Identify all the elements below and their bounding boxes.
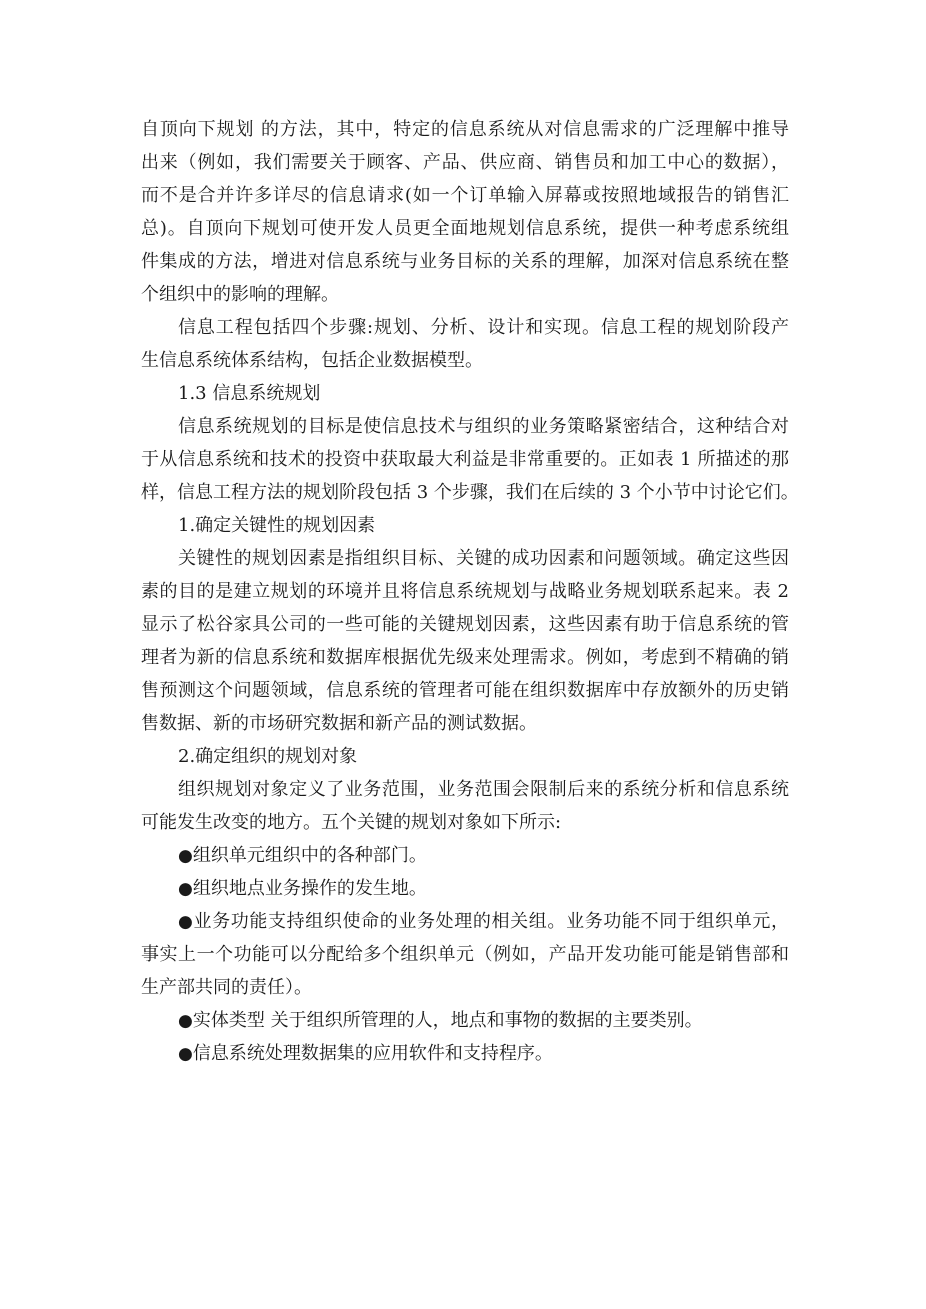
bullet-item: ●组织地点业务操作的发生地。 bbox=[141, 872, 789, 905]
text-line: 个组织中的影响的理解。 bbox=[141, 278, 789, 311]
bullet-item: ●实体类型 关于组织所管理的人，地点和事物的数据的主要类别。 bbox=[141, 1004, 789, 1037]
text-line: ●信息系统处理数据集的应用软件和支持程序。 bbox=[141, 1037, 789, 1070]
text-line: 件集成的方法，增进对信息系统与业务目标的关系的理解，加深对信息系统在整 bbox=[141, 245, 789, 278]
section-heading: 2.确定组织的规划对象 bbox=[141, 740, 789, 773]
text-line: 组织规划对象定义了业务范围，业务范围会限制后来的系统分析和信息系统 bbox=[141, 773, 789, 806]
line-text: 总)。自顶向下规划可使开发人员更全面地规划信息系统，提供一种考虑系统组 bbox=[141, 218, 789, 239]
line-text: 可能发生改变的地方。五个关键的规划对象如下所示: bbox=[141, 812, 561, 833]
text-line: 信息工程包括四个步骤:规划、分析、设计和实现。信息工程的规划阶段产 bbox=[141, 311, 789, 344]
line-text: 业务功能支持组织使命的业务处理的相关组。业务功能不同于组织单元， bbox=[193, 911, 789, 932]
bullet-icon: ● bbox=[178, 879, 193, 899]
text-line: 于从信息系统和技术的投资中获取最大利益是非常重要的。正如表 1 所描述的那 bbox=[141, 443, 789, 476]
text-line: ●组织地点业务操作的发生地。 bbox=[141, 872, 789, 905]
line-text: 个组织中的影响的理解。 bbox=[141, 284, 339, 305]
text-line: 显示了松谷家具公司的一些可能的关键规划因素，这些因素有助于信息系统的管 bbox=[141, 608, 789, 641]
line-text: 生产部共同的责任）。 bbox=[141, 977, 312, 998]
text-line: 而不是合并许多详尽的信息请求(如一个订单输入屏幕或按照地域报告的销售汇 bbox=[141, 179, 789, 212]
text-line: 事实上一个功能可以分配给多个组织单元（例如，产品开发功能可能是销售部和 bbox=[141, 938, 789, 971]
text-line: ●组织单元组织中的各种部门。 bbox=[141, 839, 789, 872]
line-text: 2.确定组织的规划对象 bbox=[178, 746, 357, 767]
text-line: 总)。自顶向下规划可使开发人员更全面地规划信息系统，提供一种考虑系统组 bbox=[141, 212, 789, 245]
line-text: 事实上一个功能可以分配给多个组织单元（例如，产品开发功能可能是销售部和 bbox=[141, 944, 789, 965]
text-line: ●业务功能支持组织使命的业务处理的相关组。业务功能不同于组织单元， bbox=[141, 905, 789, 938]
text-line: 1.3 信息系统规划 bbox=[141, 377, 789, 410]
line-text: 组织规划对象定义了业务范围，业务范围会限制后来的系统分析和信息系统 bbox=[178, 779, 789, 800]
line-text: 自顶向下规划 的方法，其中，特定的信息系统从对信息需求的广泛理解中推导 bbox=[141, 119, 789, 140]
text-line: 售数据、新的市场研究数据和新产品的测试数据。 bbox=[141, 707, 789, 740]
text-line: 1.确定关键性的规划因素 bbox=[141, 509, 789, 542]
paragraph: 组织规划对象定义了业务范围，业务范围会限制后来的系统分析和信息系统可能发生改变的… bbox=[141, 773, 789, 839]
bullet-icon: ● bbox=[178, 846, 193, 866]
text-line: 生产部共同的责任）。 bbox=[141, 971, 789, 1004]
text-line: 可能发生改变的地方。五个关键的规划对象如下所示: bbox=[141, 806, 789, 839]
paragraph: 关键性的规划因素是指组织目标、关键的成功因素和问题领域。确定这些因素的目的是建立… bbox=[141, 542, 789, 740]
paragraph: 信息系统规划的目标是使信息技术与组织的业务策略紧密结合，这种结合对于从信息系统和… bbox=[141, 410, 789, 509]
bullet-item: ●业务功能支持组织使命的业务处理的相关组。业务功能不同于组织单元，事实上一个功能… bbox=[141, 905, 789, 1004]
line-text: 售预测这个问题领域，信息系统的管理者可能在组织数据库中存放额外的历史销 bbox=[141, 680, 789, 701]
line-text: 组织单元组织中的各种部门。 bbox=[193, 845, 427, 866]
line-text: 1.3 信息系统规划 bbox=[178, 383, 320, 404]
bullet-item: ●组织单元组织中的各种部门。 bbox=[141, 839, 789, 872]
line-text: 样，信息工程方法的规划阶段包括 3 个步骤，我们在后续的 3 个小节中讨论它们。 bbox=[141, 482, 799, 503]
line-text: 生信息系统体系结构，包括企业数据模型。 bbox=[141, 350, 483, 371]
section-heading: 1.确定关键性的规划因素 bbox=[141, 509, 789, 542]
line-text: 售数据、新的市场研究数据和新产品的测试数据。 bbox=[141, 713, 537, 734]
line-text: 于从信息系统和技术的投资中获取最大利益是非常重要的。正如表 1 所描述的那 bbox=[141, 449, 789, 470]
text-line: 样，信息工程方法的规划阶段包括 3 个步骤，我们在后续的 3 个小节中讨论它们。 bbox=[141, 476, 789, 509]
bullet-icon: ● bbox=[178, 912, 193, 932]
bullet-item: ●信息系统处理数据集的应用软件和支持程序。 bbox=[141, 1037, 789, 1070]
line-text: 显示了松谷家具公司的一些可能的关键规划因素，这些因素有助于信息系统的管 bbox=[141, 614, 789, 635]
text-line: 生信息系统体系结构，包括企业数据模型。 bbox=[141, 344, 789, 377]
text-line: 信息系统规划的目标是使信息技术与组织的业务策略紧密结合，这种结合对 bbox=[141, 410, 789, 443]
line-text: 而不是合并许多详尽的信息请求(如一个订单输入屏幕或按照地域报告的销售汇 bbox=[141, 185, 789, 206]
text-line: 出来（例如，我们需要关于顾客、产品、供应商、销售员和加工中心的数据）， bbox=[141, 146, 789, 179]
line-text: 实体类型 关于组织所管理的人，地点和事物的数据的主要类别。 bbox=[193, 1010, 703, 1031]
document-page: 自顶向下规划 的方法，其中，特定的信息系统从对信息需求的广泛理解中推导出来（例如… bbox=[141, 113, 789, 1070]
text-line: 售预测这个问题领域，信息系统的管理者可能在组织数据库中存放额外的历史销 bbox=[141, 674, 789, 707]
text-line: ●实体类型 关于组织所管理的人，地点和事物的数据的主要类别。 bbox=[141, 1004, 789, 1037]
line-text: 信息系统规划的目标是使信息技术与组织的业务策略紧密结合，这种结合对 bbox=[178, 416, 789, 437]
line-text: 组织地点业务操作的发生地。 bbox=[193, 878, 427, 899]
text-line: 理者为新的信息系统和数据库根据优先级来处理需求。例如，考虑到不精确的销 bbox=[141, 641, 789, 674]
line-text: 信息系统处理数据集的应用软件和支持程序。 bbox=[193, 1043, 553, 1064]
line-text: 出来（例如，我们需要关于顾客、产品、供应商、销售员和加工中心的数据）， bbox=[141, 152, 789, 173]
text-line: 素的目的是建立规划的环境并且将信息系统规划与战略业务规划联系起来。表 2 bbox=[141, 575, 789, 608]
text-line: 2.确定组织的规划对象 bbox=[141, 740, 789, 773]
paragraph: 自顶向下规划 的方法，其中，特定的信息系统从对信息需求的广泛理解中推导出来（例如… bbox=[141, 113, 789, 311]
section-heading: 1.3 信息系统规划 bbox=[141, 377, 789, 410]
bullet-icon: ● bbox=[178, 1011, 193, 1031]
line-text: 素的目的是建立规划的环境并且将信息系统规划与战略业务规划联系起来。表 2 bbox=[141, 581, 789, 602]
line-text: 件集成的方法，增进对信息系统与业务目标的关系的理解，加深对信息系统在整 bbox=[141, 251, 789, 272]
line-text: 理者为新的信息系统和数据库根据优先级来处理需求。例如，考虑到不精确的销 bbox=[141, 647, 789, 668]
line-text: 1.确定关键性的规划因素 bbox=[178, 515, 375, 536]
line-text: 信息工程包括四个步骤:规划、分析、设计和实现。信息工程的规划阶段产 bbox=[178, 317, 789, 338]
bullet-icon: ● bbox=[178, 1044, 193, 1064]
text-line: 关键性的规划因素是指组织目标、关键的成功因素和问题领域。确定这些因 bbox=[141, 542, 789, 575]
paragraph: 信息工程包括四个步骤:规划、分析、设计和实现。信息工程的规划阶段产生信息系统体系… bbox=[141, 311, 789, 377]
line-text: 关键性的规划因素是指组织目标、关键的成功因素和问题领域。确定这些因 bbox=[178, 548, 789, 569]
text-line: 自顶向下规划 的方法，其中，特定的信息系统从对信息需求的广泛理解中推导 bbox=[141, 113, 789, 146]
